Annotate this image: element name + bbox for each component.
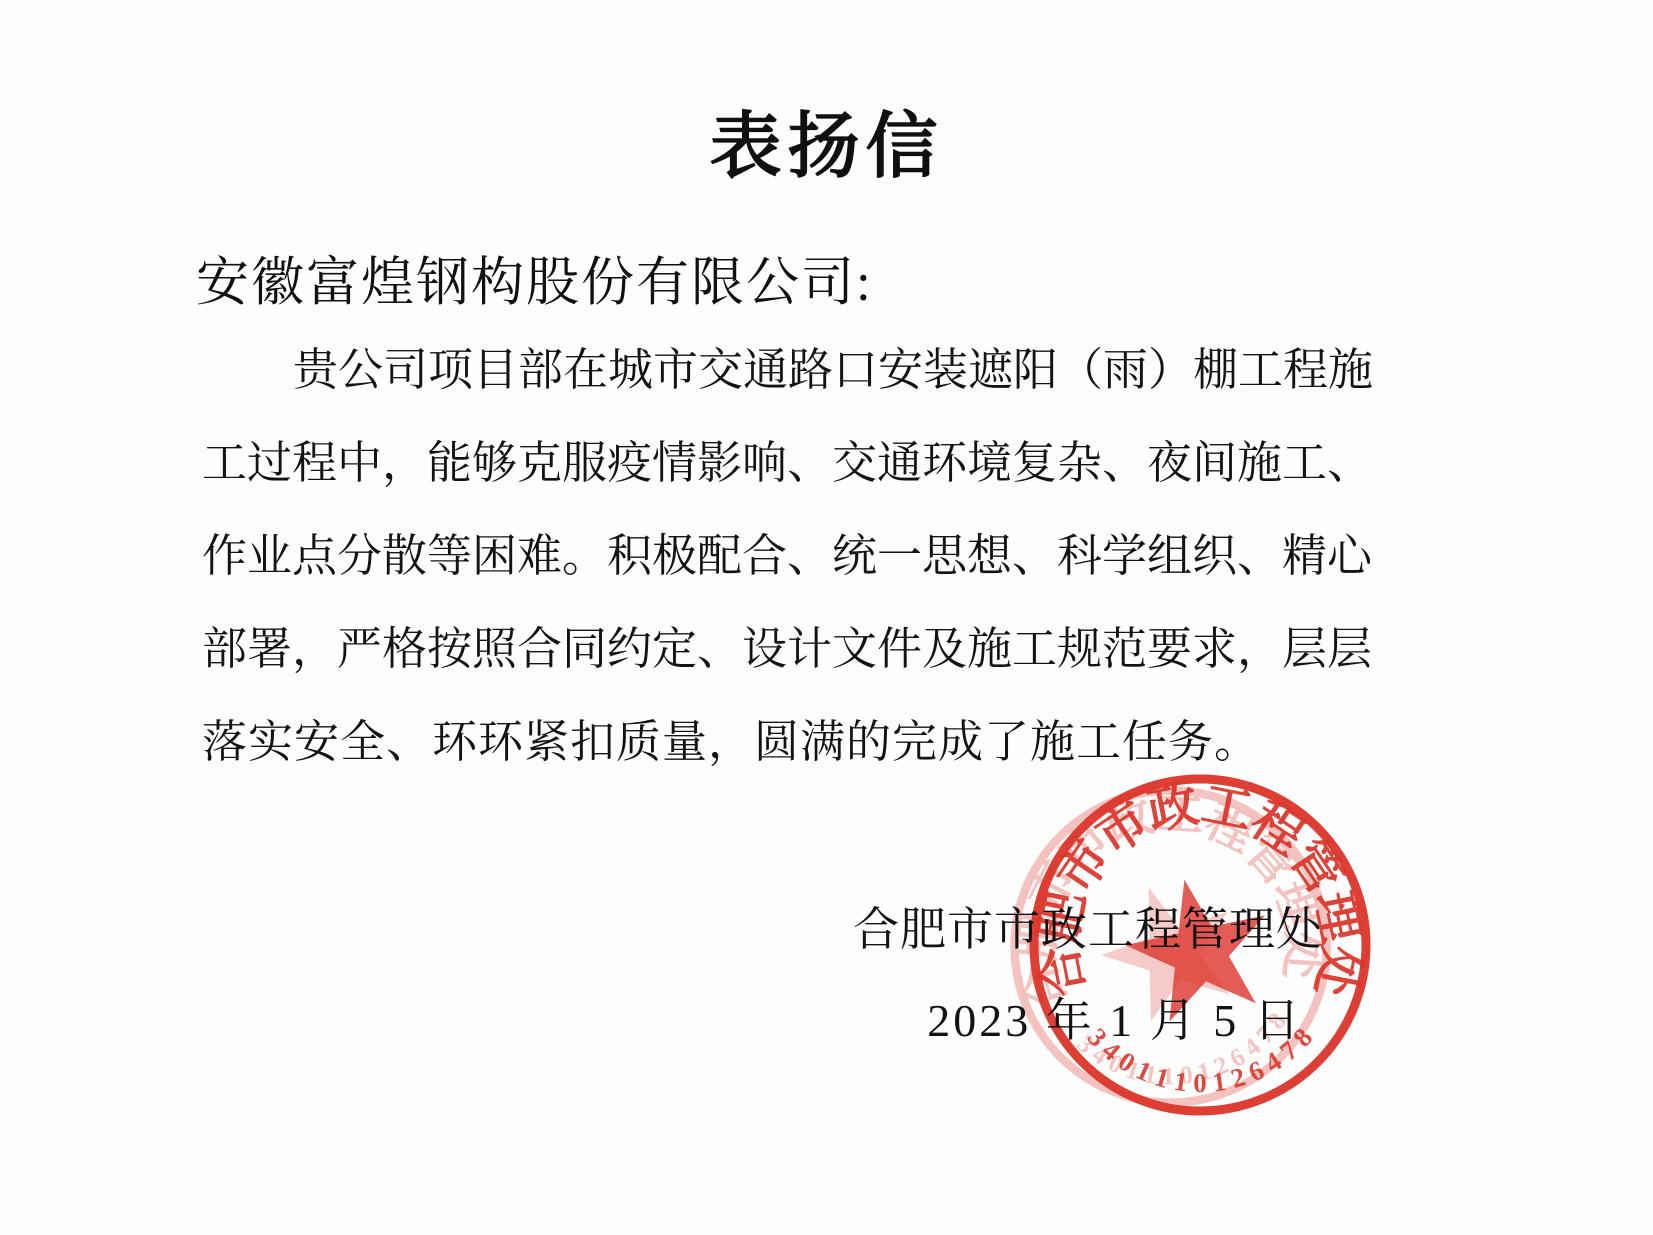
svg-text:管: 管 <box>1235 825 1305 895</box>
svg-text:2: 2 <box>1227 1061 1248 1094</box>
body-line: 贵公司项目部在城市交通路口安装遮阳（雨）棚工程施 <box>202 324 1365 417</box>
svg-text:0: 0 <box>1104 1049 1127 1080</box>
svg-text:1: 1 <box>1123 1055 1143 1085</box>
svg-text:1: 1 <box>1142 1060 1159 1090</box>
svg-text:6: 6 <box>1244 1055 1269 1088</box>
svg-text:0: 0 <box>1193 1068 1207 1098</box>
body-line: 作业点分散等困难。积极配合、统一思想、科学组织、精心 <box>202 510 1365 603</box>
svg-text:1: 1 <box>1162 1062 1175 1090</box>
letter-body: 贵公司项目部在城市交通路口安装遮阳（雨）棚工程施 工过程中，能够克服疫情影响、交… <box>202 324 1365 789</box>
svg-text:1: 1 <box>1151 1061 1172 1094</box>
svg-text:程: 程 <box>1197 795 1262 863</box>
body-line: 部署，严格按照合同约定、设计文件及施工规范要求，层层 <box>202 603 1365 696</box>
svg-text:0: 0 <box>1178 1061 1194 1090</box>
svg-text:市: 市 <box>1050 812 1120 882</box>
svg-text:2: 2 <box>1210 1051 1233 1082</box>
svg-text:1: 1 <box>1172 1066 1190 1098</box>
document-title: 表扬信 <box>0 88 1653 192</box>
svg-text:政: 政 <box>1099 789 1160 853</box>
svg-text:工: 工 <box>1155 788 1206 843</box>
seal-ring-text: 合肥市市政工程管理处 <box>1030 775 1369 1001</box>
issuer-signature: 合肥市市政工程管理处 <box>853 893 1323 959</box>
svg-text:4: 4 <box>1259 1046 1286 1079</box>
svg-text:1: 1 <box>1132 1055 1157 1088</box>
svg-text:1: 1 <box>1210 1066 1228 1098</box>
body-line: 工过程中，能够克服疫情影响、交通环境复杂、夜间施工、 <box>202 417 1365 510</box>
recipient-salutation: 安徽富煌钢构股份有限公司: <box>196 240 873 316</box>
svg-text:0: 0 <box>1113 1046 1140 1079</box>
svg-text:1: 1 <box>1194 1057 1214 1087</box>
body-line: 落实安全、环环紧扣质量，圆满的完成了施工任务。 <box>202 696 1365 789</box>
svg-text:市: 市 <box>1086 791 1159 865</box>
commendation-letter-page: 表扬信 安徽富煌钢构股份有限公司: 贵公司项目部在城市交通路口安装遮阳（雨）棚工… <box>0 0 1653 1235</box>
issue-date: 2023 年 1 月 5 日 <box>927 984 1303 1050</box>
svg-text:程: 程 <box>1241 791 1314 865</box>
